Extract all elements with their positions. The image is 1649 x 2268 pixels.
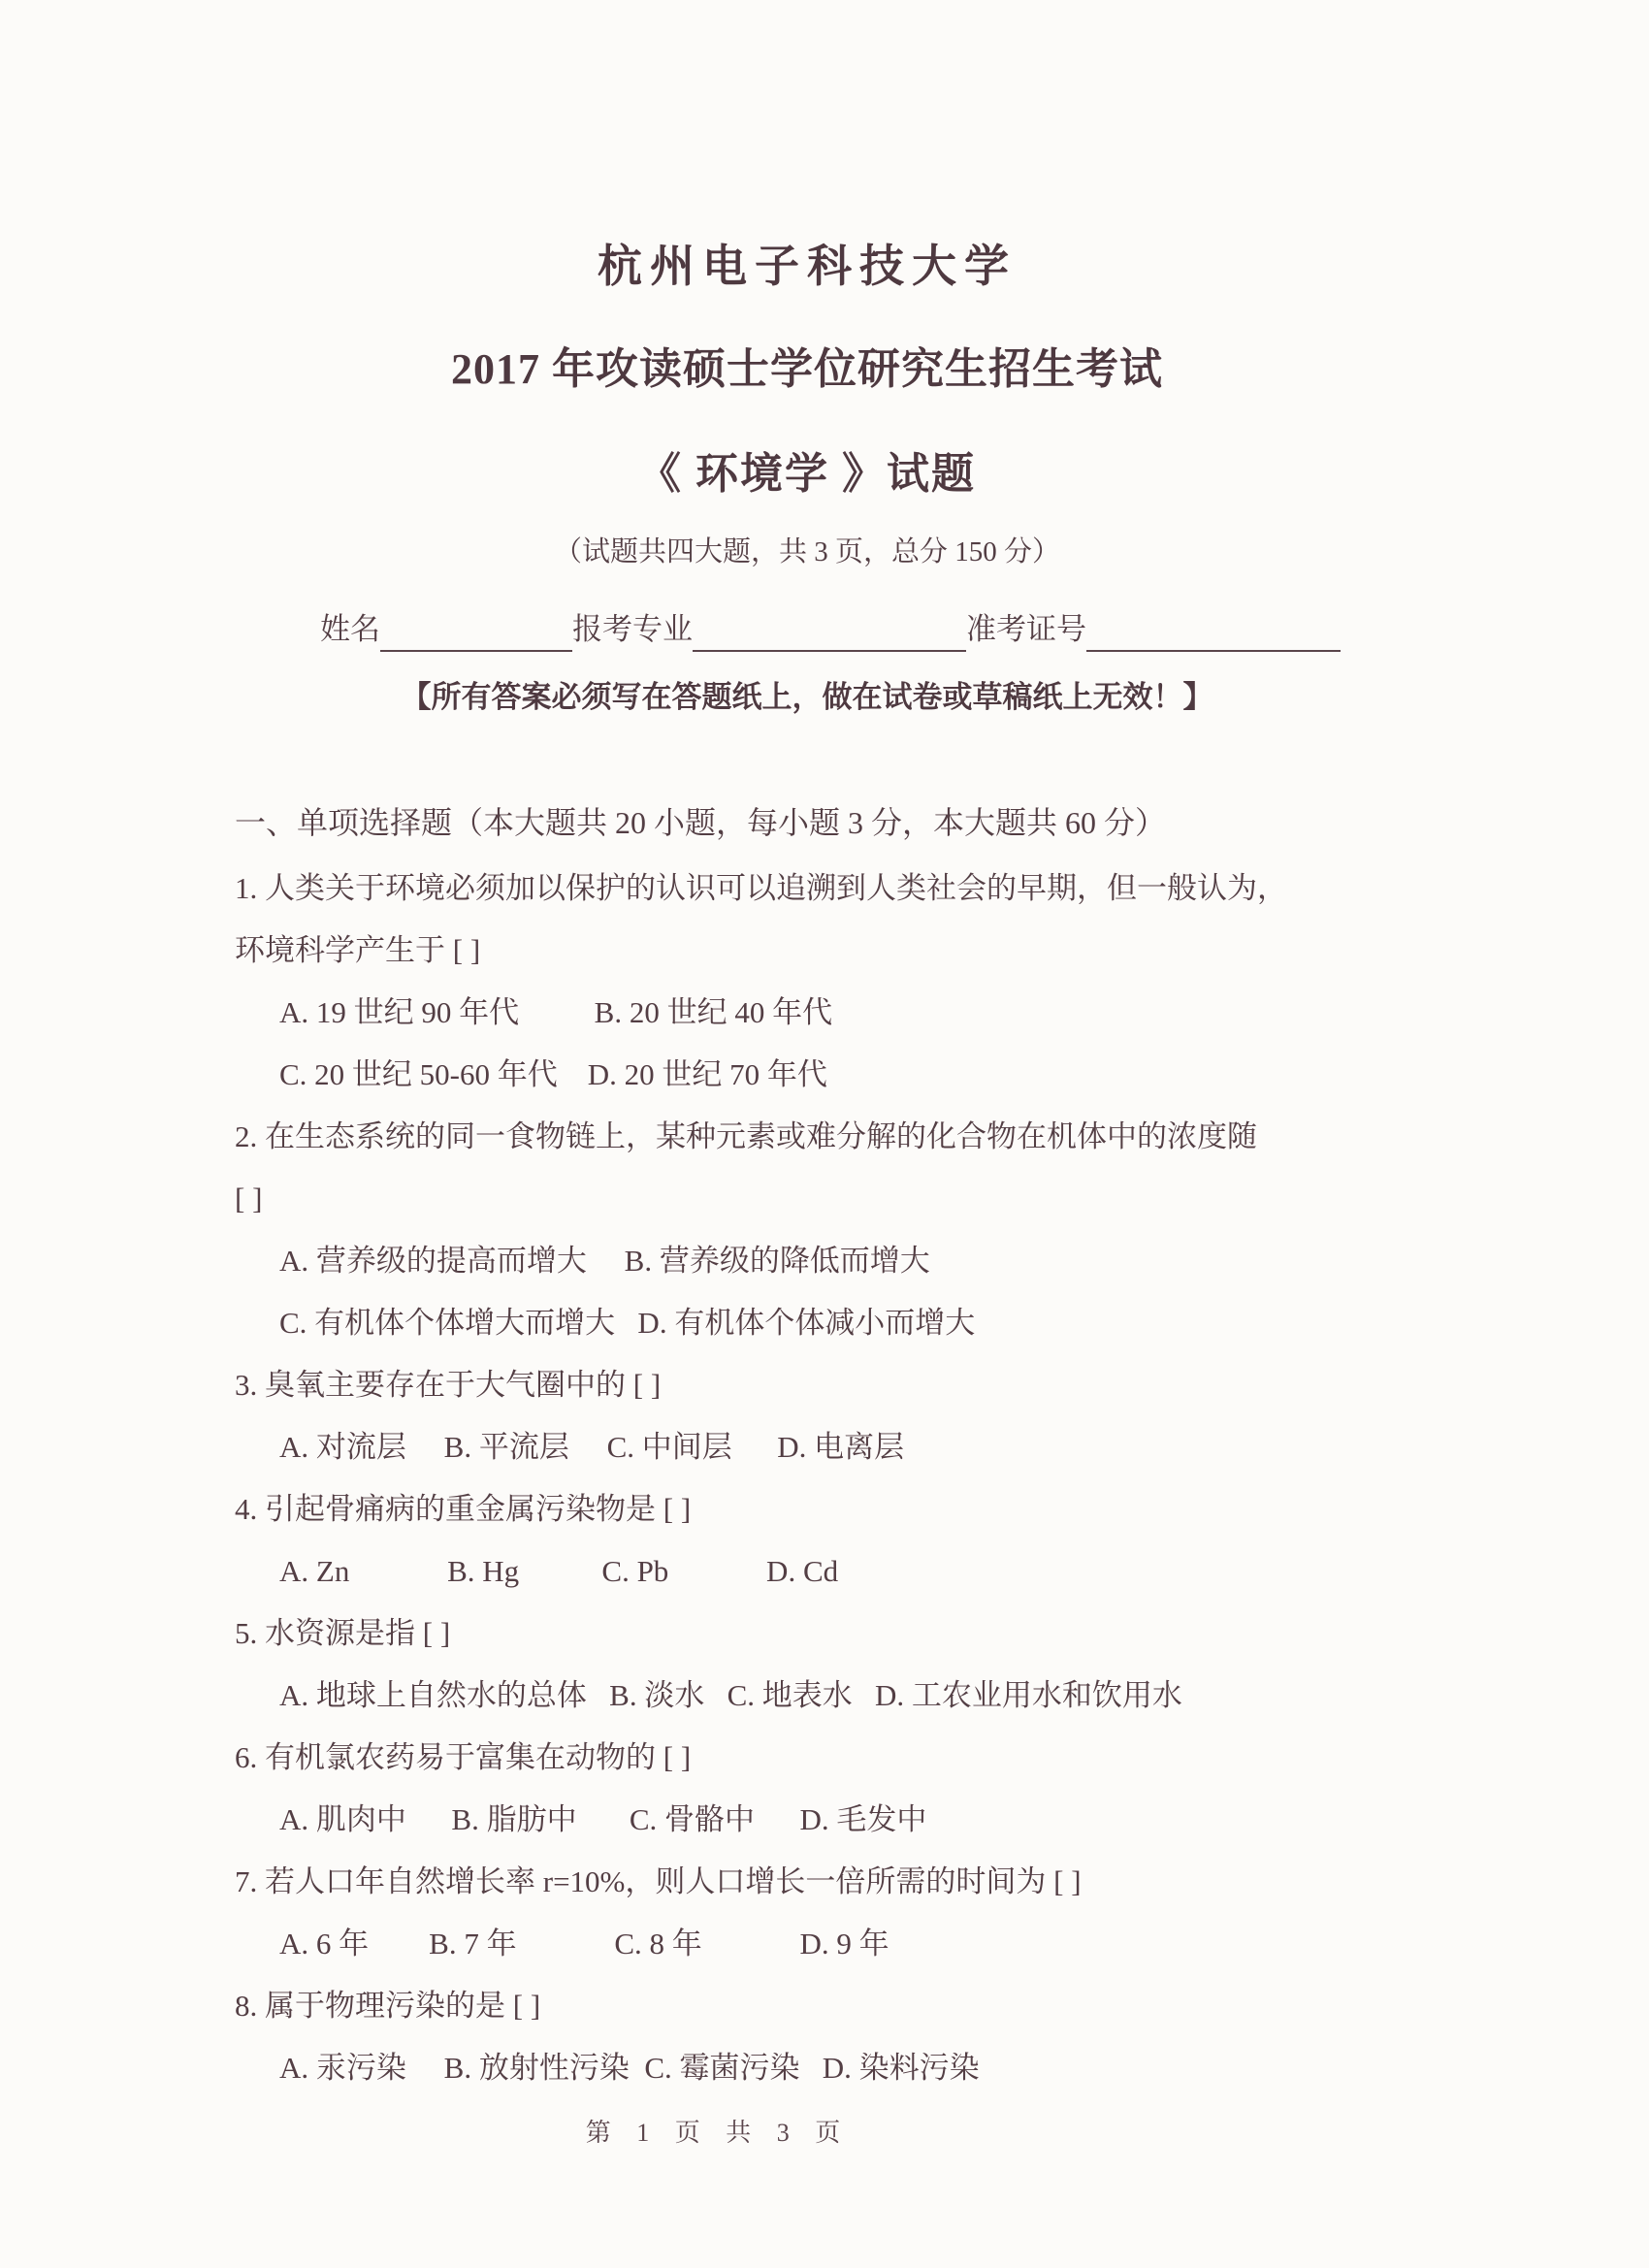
question-4-options-row-1: A. Zn B. Hg C. Pb D. Cd [235,1540,1379,1603]
question-3: 3. 臭氧主要存在于大气圈中的 [ ] A. 对流层 B. 平流层 C. 中间层… [235,1354,1379,1478]
question-3-stem-line-1: 3. 臭氧主要存在于大气圈中的 [ ] [235,1354,1379,1416]
candidate-info-line: 姓名报考专业准考证号 [320,604,1379,672]
question-5-options-row-1: A. 地球上自然水的总体 B. 淡水 C. 地表水 D. 工农业用水和饮用水 [235,1665,1379,1727]
question-3-options-row-1: A. 对流层 B. 平流层 C. 中间层 D. 电离层 [235,1416,1379,1478]
question-5: 5. 水资源是指 [ ] A. 地球上自然水的总体 B. 淡水 C. 地表水 D… [235,1603,1379,1727]
ticket-label: 准考证号 [966,612,1086,646]
question-1-options-row-2: C. 20 世纪 50-60 年代 D. 20 世纪 70 年代 [235,1044,1379,1106]
question-6-stem-line-1: 6. 有机氯农药易于富集在动物的 [ ] [235,1727,1379,1789]
question-5-stem-line-1: 5. 水资源是指 [ ] [235,1603,1379,1665]
page-content: 杭州电子科技大学 2017 年攻读硕士学位研究生招生考试 《 环境学 》试题 （… [235,231,1379,2099]
question-2-options-row-2: C. 有机体个体增大而增大 D. 有机体个体减小而增大 [235,1292,1379,1354]
exam-paper-page: 杭州电子科技大学 2017 年攻读硕士学位研究生招生考试 《 环境学 》试题 （… [0,0,1649,2268]
answer-sheet-notice: 【所有答案必须写在答题纸上，做在试卷或草稿纸上无效！】 [235,672,1379,716]
paper-title: 《 环境学 》试题 [235,438,1379,501]
question-6-options-row-1: A. 肌肉中 B. 脂肪中 C. 骨骼中 D. 毛发中 [235,1789,1379,1851]
question-4-stem-line-1: 4. 引起骨痛病的重金属污染物是 [ ] [235,1478,1379,1540]
question-1-options-row-1: A. 19 世纪 90 年代 B. 20 世纪 40 年代 [235,982,1379,1044]
question-2-stem-line-2: [ ] [235,1168,1379,1230]
major-label: 报考专业 [572,612,693,646]
question-8-stem-line-1: 8. 属于物理污染的是 [ ] [235,1975,1379,2037]
question-7: 7. 若人口年自然增长率 r=10%，则人口增长一倍所需的时间为 [ ] A. … [235,1851,1379,1975]
question-7-options-row-1: A. 6 年 B. 7 年 C. 8 年 D. 9 年 [235,1913,1379,1975]
question-2: 2. 在生态系统的同一食物链上，某种元素或难分解的化合物在机体中的浓度随 [ ]… [235,1106,1379,1354]
question-2-stem-line-1: 2. 在生态系统的同一食物链上，某种元素或难分解的化合物在机体中的浓度随 [235,1106,1379,1168]
question-8-options-row-1: A. 汞污染 B. 放射性污染 C. 霉菌污染 D. 染料污染 [235,2037,1379,2099]
question-1: 1. 人类关于环境必须加以保护的认识可以追溯到人类社会的早期，但一般认为， 环境… [235,858,1379,1106]
exam-info: （试题共四大题，共 3 页，总分 150 分） [235,530,1379,569]
question-1-stem-line-1: 1. 人类关于环境必须加以保护的认识可以追溯到人类社会的早期，但一般认为， [235,858,1379,920]
section-1-heading: 一、单项选择题（本大题共 20 小题，每小题 3 分，本大题共 60 分） [235,799,1379,846]
question-8: 8. 属于物理污染的是 [ ] A. 汞污染 B. 放射性污染 C. 霉菌污染 … [235,1975,1379,2099]
name-blank [380,617,572,652]
exam-session-title: 2017 年攻读硕士学位研究生招生考试 [235,334,1379,396]
page-footer: 第 1 页 共 3 页 [0,2113,1436,2149]
question-2-options-row-1: A. 营养级的提高而增大 B. 营养级的降低而增大 [235,1230,1379,1292]
question-4: 4. 引起骨痛病的重金属污染物是 [ ] A. Zn B. Hg C. Pb D… [235,1478,1379,1603]
major-blank [693,617,966,652]
question-1-stem-line-2: 环境科学产生于 [ ] [235,920,1379,982]
question-6: 6. 有机氯农药易于富集在动物的 [ ] A. 肌肉中 B. 脂肪中 C. 骨骼… [235,1727,1379,1851]
ticket-blank [1086,617,1341,652]
question-7-stem-line-1: 7. 若人口年自然增长率 r=10%，则人口增长一倍所需的时间为 [ ] [235,1851,1379,1913]
name-label: 姓名 [320,612,380,646]
university-title: 杭州电子科技大学 [235,231,1379,295]
